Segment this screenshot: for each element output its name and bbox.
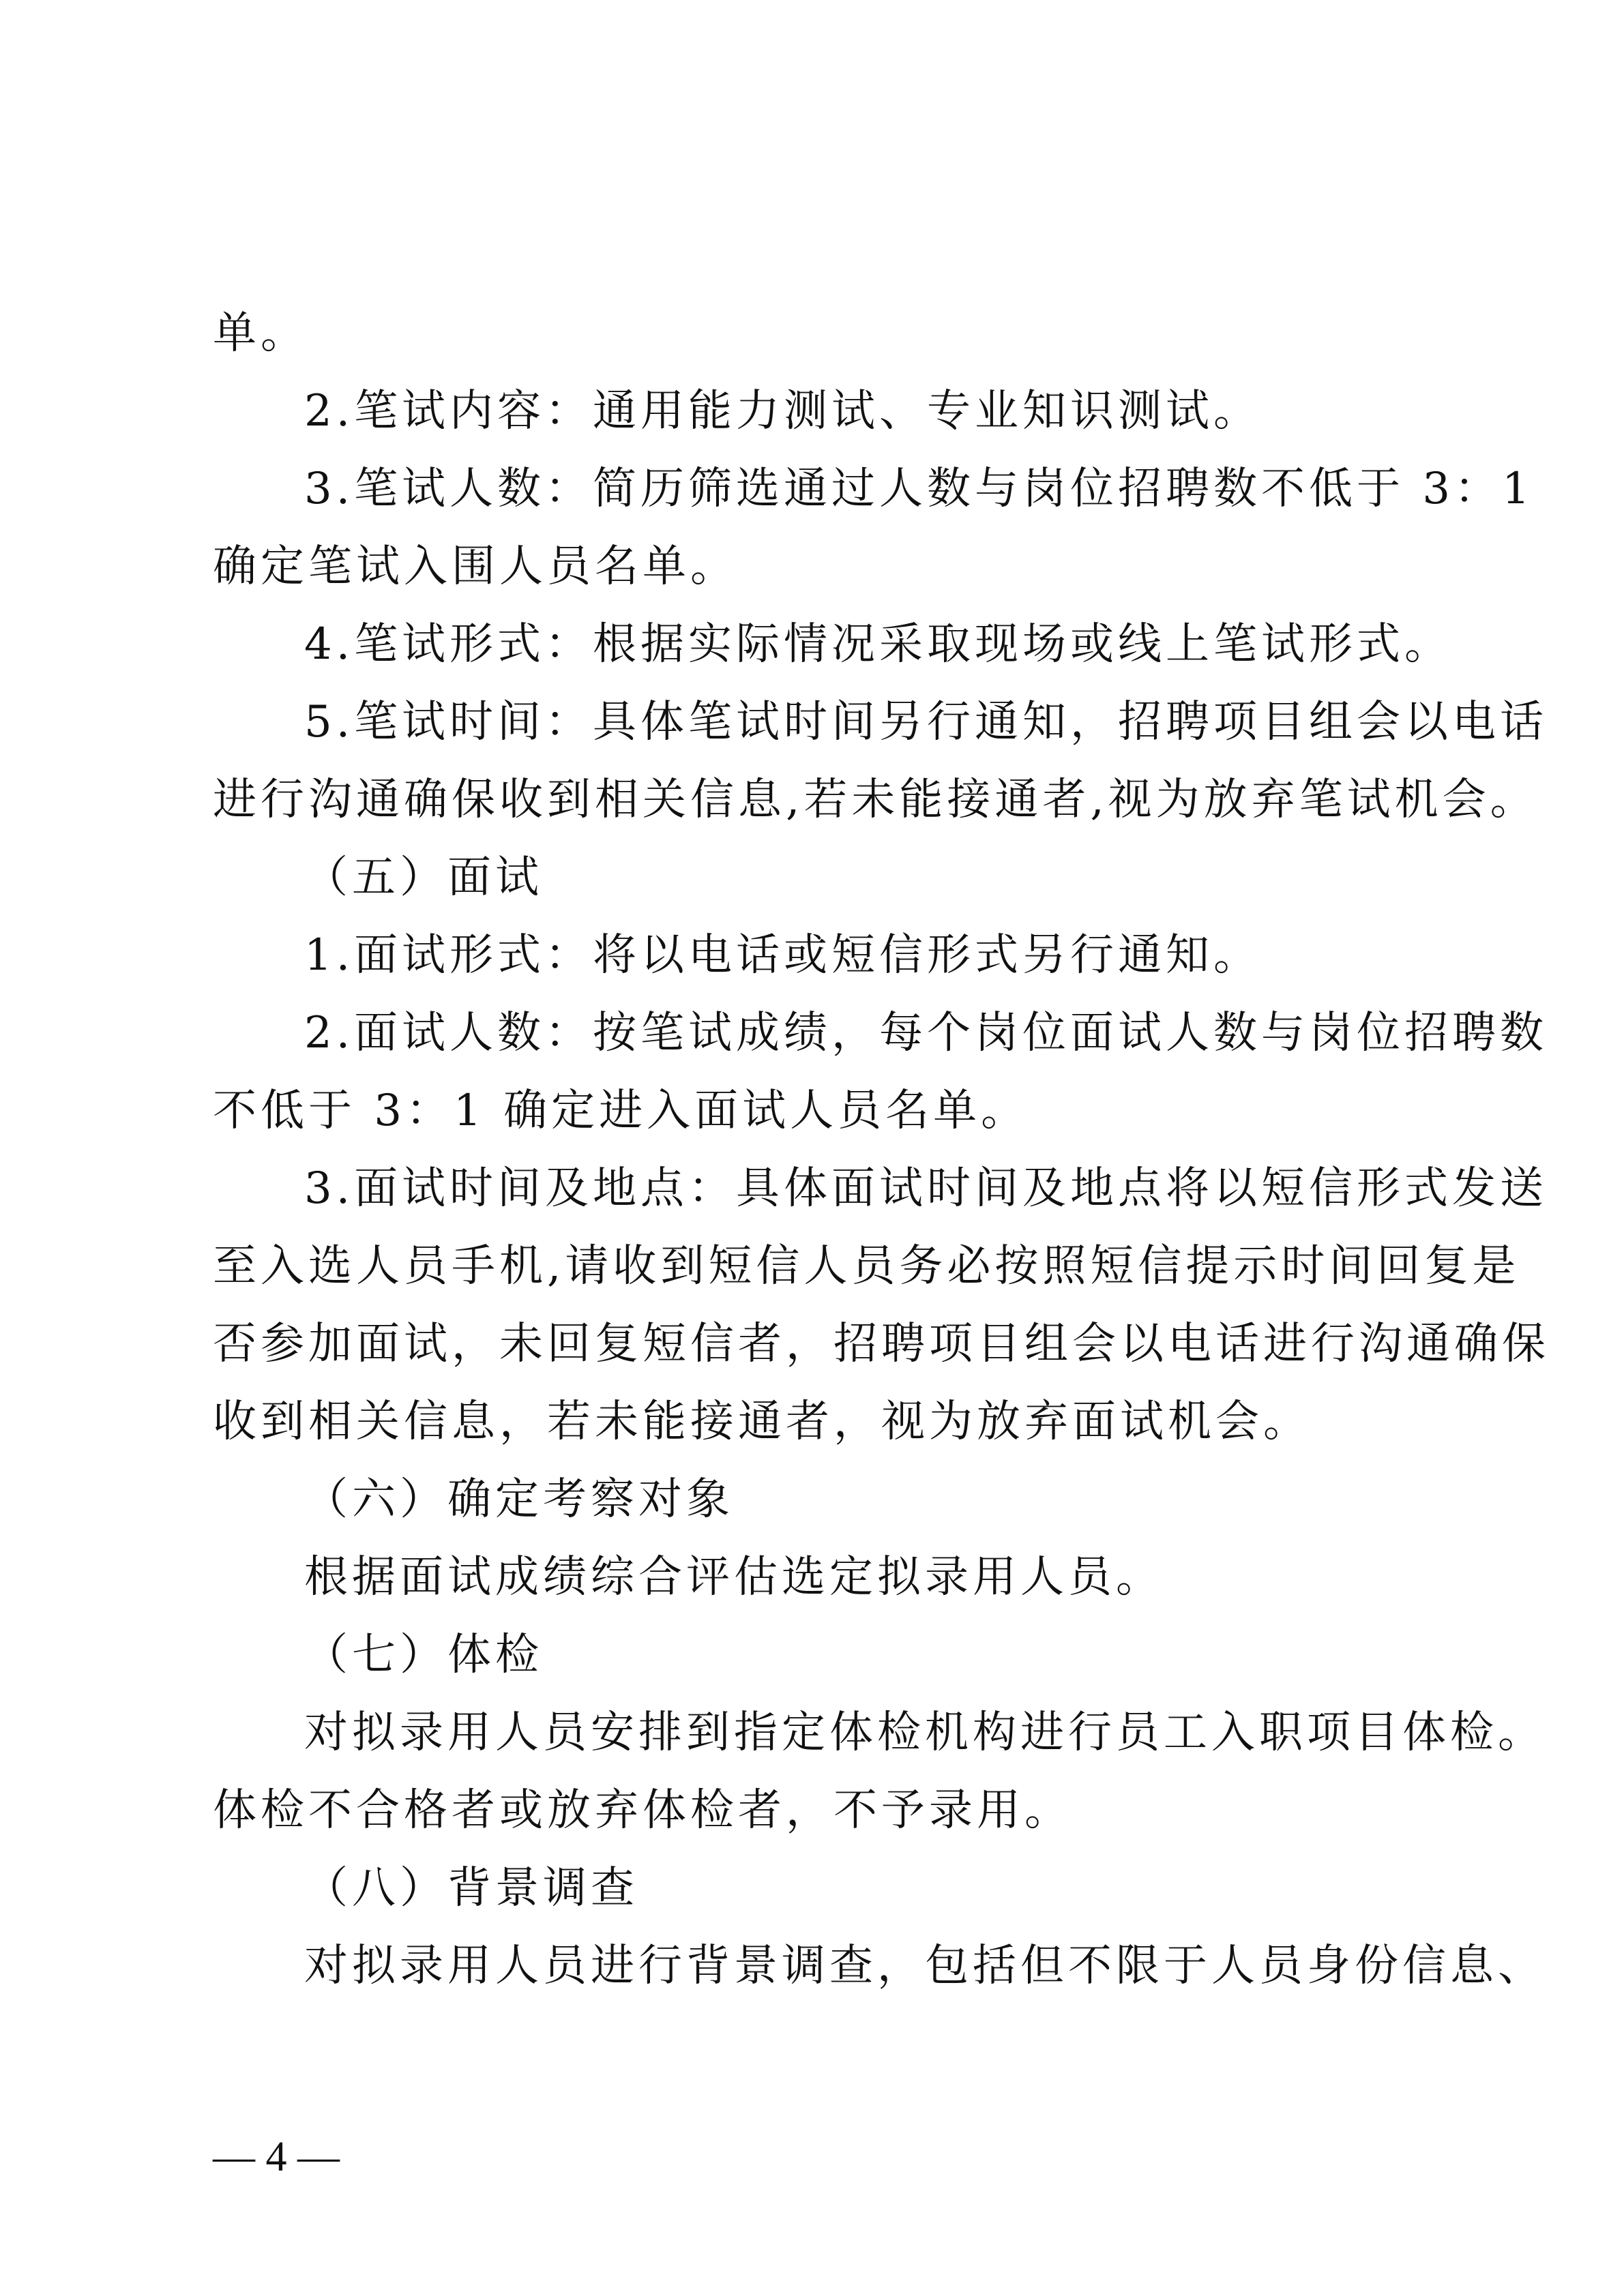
- document-body: 单。 2.笔试内容：通用能力测试、专业知识测试。 3.笔试人数：简历筛选通过人数…: [213, 295, 1437, 2005]
- text-line: 2.笔试内容：通用能力测试、专业知识测试。: [213, 372, 1437, 450]
- section-heading: （八）背景调查: [213, 1849, 1437, 1927]
- text-line: 3.面试时间及地点：具体面试时间及地点将以短信形式发送: [213, 1150, 1437, 1227]
- text-line: 单。: [213, 295, 1437, 372]
- text-line: 2.面试人数：按笔试成绩，每个岗位面试人数与岗位招聘数: [213, 994, 1437, 1072]
- text-line: 确定笔试入围人员名单。: [213, 528, 1437, 606]
- text-line: 否参加面试，未回复短信者，招聘项目组会以电话进行沟通确保: [213, 1305, 1437, 1383]
- page-number: — 4 —: [213, 2133, 340, 2181]
- text-line: 对拟录用人员进行背景调查，包括但不限于人员身份信息、: [213, 1927, 1437, 2005]
- text-line: 至入选人员手机,请收到短信人员务必按照短信提示时间回复是: [213, 1227, 1437, 1305]
- text-line: 3.笔试人数：简历筛选通过人数与岗位招聘数不低于 3：1: [213, 450, 1437, 528]
- text-line: 1.面试形式：将以电话或短信形式另行通知。: [213, 916, 1437, 994]
- text-line: 4.笔试形式：根据实际情况采取现场或线上笔试形式。: [213, 606, 1437, 683]
- text-line: 不低于 3：1 确定进入面试人员名单。: [213, 1072, 1437, 1150]
- text-line: 体检不合格者或放弃体检者，不予录用。: [213, 1772, 1437, 1849]
- section-heading: （六）确定考察对象: [213, 1461, 1437, 1538]
- text-line: 根据面试成绩综合评估选定拟录用人员。: [213, 1538, 1437, 1616]
- text-line: 5.笔试时间：具体笔试时间另行通知，招聘项目组会以电话: [213, 683, 1437, 761]
- text-line: 收到相关信息，若未能接通者，视为放弃面试机会。: [213, 1383, 1437, 1461]
- text-line: 对拟录用人员安排到指定体检机构进行员工入职项目体检。: [213, 1694, 1437, 1772]
- section-heading: （五）面试: [213, 839, 1437, 916]
- text-line: 进行沟通确保收到相关信息,若未能接通者,视为放弃笔试机会。: [213, 761, 1437, 839]
- section-heading: （七）体检: [213, 1616, 1437, 1694]
- document-page: 单。 2.笔试内容：通用能力测试、专业知识测试。 3.笔试人数：简历筛选通过人数…: [0, 0, 1624, 2296]
